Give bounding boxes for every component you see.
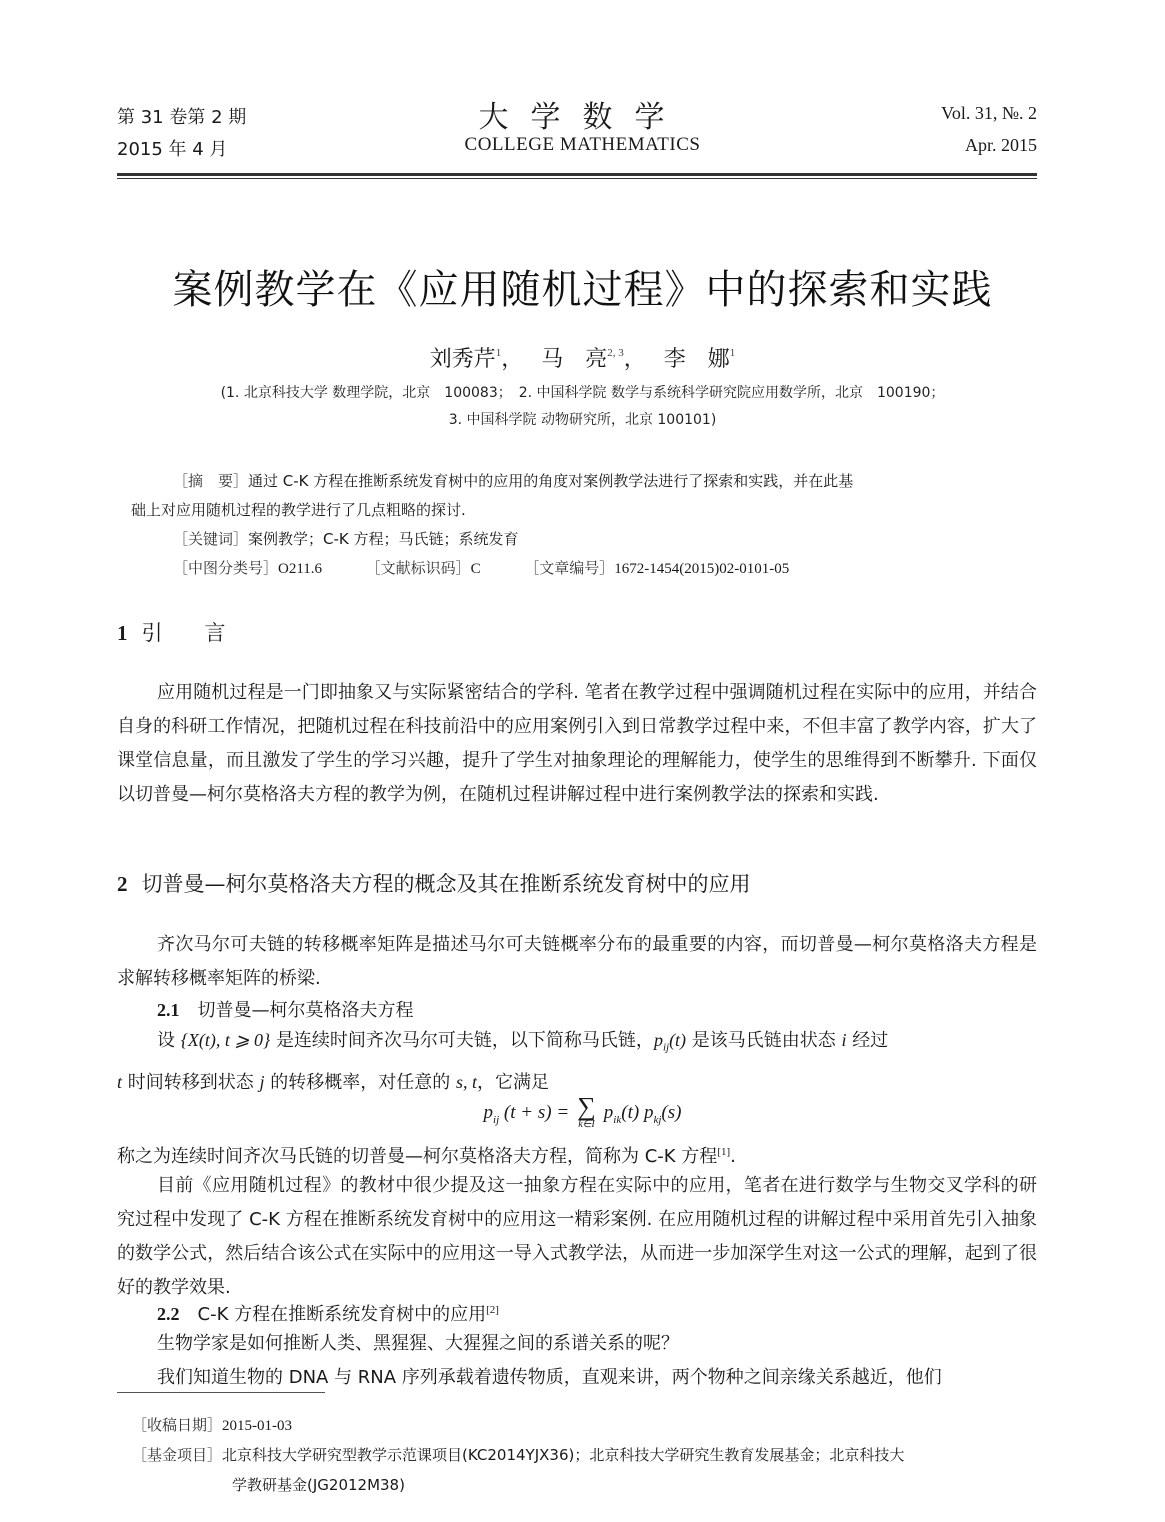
paper-title: 案例教学在《应用随机过程》中的探索和实践: [0, 258, 1165, 315]
article-no-label: ［文章编号］: [524, 561, 614, 577]
clc-code: O211.6: [278, 561, 322, 577]
fund-line-1: ［基金项目］北京科技大学研究型教学示范课项目(KC2014YJX36)；北京科技…: [117, 1444, 1052, 1465]
article-no: 1672-1454(2015)02-0101-05: [614, 561, 789, 577]
paragraph-line: 我们知道生物的 DNA 与 RNA 序列承载着遗传物质，直观来讲，两个物种之间亲…: [117, 1361, 1037, 1395]
keywords-label: ［关键词］: [173, 532, 248, 548]
citation-2[interactable]: [2]: [486, 1304, 499, 1316]
equation-rhs: pik(t) pkj(s): [604, 1102, 682, 1123]
section-2-2-body: 生物学家是如何推断人类、黑猩猩、大猩猩之间的系谱关系的呢？ 我们知道生物的 DN…: [117, 1327, 1037, 1395]
doc-code: C: [471, 561, 481, 577]
author-affiliation-mark: 2, 3: [607, 347, 624, 359]
paragraph: 应用随机过程是一门即抽象又与实际紧密结合的学科. 笔者在教学过程中强调随机过程在…: [117, 676, 1037, 812]
math-pij: pij(t): [654, 1030, 686, 1050]
author-affiliation-mark: 1: [496, 347, 502, 359]
abstract-line-1: ［摘 要］通过 C-K 方程在推断系统发育树中的应用的角度对案例教学法进行了探索…: [117, 470, 1037, 491]
math-set: {X(t), t ⩾ 0}: [181, 1030, 270, 1050]
received-label: ［收稿日期］: [132, 1418, 222, 1434]
subsection-number: 2.1: [157, 1000, 180, 1020]
ck-equation: pij (t + s) = ∑k∈I pik(t) pkj(s): [0, 1094, 1165, 1130]
definition-paragraph: 设 {X(t), t ⩾ 0} 是连续时间齐次马尔可夫链，以下简称马氏链，pij…: [117, 1023, 1037, 1100]
text: 时间转移到状态: [128, 1072, 254, 1093]
section-number: 2: [117, 872, 128, 896]
author-list: 刘秀芹1， 马 亮2, 3， 李 娜1: [0, 342, 1165, 373]
keywords: 案例教学；C-K 方程；马氏链；系统发育: [248, 530, 519, 548]
section-title: 引 言: [142, 621, 226, 645]
subsection-title: 切普曼—柯尔莫格洛夫方程: [198, 1000, 414, 1021]
text: 经过: [852, 1030, 888, 1051]
summation: ∑k∈I: [577, 1094, 596, 1130]
teaching-paragraph: 目前《应用随机过程》的教材中很少提及这一抽象方程在实际中的应用，笔者在进行数学与…: [117, 1169, 1037, 1305]
subsection-2-1-heading: 2.1切普曼—柯尔莫格洛夫方程: [157, 996, 414, 1022]
fund-label: ［基金项目］: [132, 1448, 222, 1464]
fund-text: 北京科技大学研究型教学示范课项目(KC2014YJX36)；北京科技大学研究生教…: [222, 1446, 904, 1464]
paragraph: 目前《应用随机过程》的教材中很少提及这一抽象方程在实际中的应用，笔者在进行数学与…: [117, 1169, 1037, 1305]
received-date: 2015-01-03: [222, 1418, 292, 1434]
subsection-number: 2.2: [157, 1304, 180, 1324]
author-name: 李 娜: [664, 347, 730, 372]
volume-en: Vol. 31, №. 2: [941, 103, 1037, 124]
text: 称之为连续时间齐次马氏链的切普曼—柯尔莫格洛夫方程，简称为 C-K 方程: [117, 1146, 717, 1167]
math-var: s, t: [456, 1072, 477, 1092]
text: 是连续时间齐次马尔可夫链，以下简称马氏链，: [276, 1030, 654, 1051]
paragraph: 齐次马尔可夫链的转移概率矩阵是描述马尔可夫链概率分布的最重要的内容，而切普曼—柯…: [117, 928, 1037, 996]
author-name: 马 亮: [541, 347, 607, 372]
author-name: 刘秀芹: [430, 347, 496, 372]
text: ，它满足: [477, 1072, 549, 1093]
abstract-line-2: 础上对应用随机过程的教学进行了几点粗略的探讨.: [131, 499, 1051, 520]
math-var: t: [117, 1072, 122, 1092]
section-title: 切普曼—柯尔莫格洛夫方程的概念及其在推断系统发育树中的应用: [142, 872, 751, 896]
doc-code-label: ［文献标识码］: [366, 561, 471, 577]
text: 的转移概率，对任意的: [270, 1072, 450, 1093]
footnote-rule: [117, 1392, 325, 1393]
subsection-title: C-K 方程在推断系统发育树中的应用: [198, 1304, 487, 1325]
section-number: 1: [117, 621, 128, 645]
text: 是该马氏链由状态: [692, 1030, 836, 1051]
keywords-line: ［关键词］案例教学；C-K 方程；马氏链；系统发育: [117, 528, 1093, 549]
clc-label: ［中图分类号］: [173, 561, 278, 577]
section-2-intro: 齐次马尔可夫链的转移概率矩阵是描述马尔可夫链概率分布的最重要的内容，而切普曼—柯…: [117, 928, 1037, 996]
text: 设: [157, 1030, 175, 1051]
paragraph-line: 生物学家是如何推断人类、黑猩猩、大猩猩之间的系谱关系的呢？: [117, 1327, 1037, 1361]
math-var: j: [259, 1072, 264, 1092]
abstract-label: ［摘 要］: [173, 474, 248, 490]
section-1-body: 应用随机过程是一门即抽象又与实际紧密结合的学科. 笔者在教学过程中强调随机过程在…: [117, 676, 1037, 812]
math-var: i: [842, 1030, 847, 1050]
citation-1[interactable]: [1]: [717, 1146, 730, 1158]
fund-line-2: 学教研基金(JG2012M38): [232, 1474, 1152, 1495]
classification-line: ［中图分类号］O211.6 ［文献标识码］C ［文章编号］1672-1454(2…: [117, 557, 1093, 578]
equation-lhs: pij (t + s) =: [484, 1102, 570, 1123]
affiliations-line-1: (1. 北京科技大学 数理学院，北京 100083； 2. 中国科学院 数学与系…: [0, 382, 1165, 402]
affiliations-line-2: 3. 中国科学院 动物研究所，北京 100101): [0, 409, 1165, 429]
header-rule-thick: [117, 173, 1037, 176]
subsection-2-2-heading: 2.2C-K 方程在推断系统发育树中的应用[2]: [157, 1300, 499, 1326]
date-en: Apr. 2015: [965, 135, 1037, 156]
header-rule-thin: [117, 178, 1037, 179]
author-affiliation-mark: 1: [730, 347, 736, 359]
abstract-text: 通过 C-K 方程在推断系统发育树中的应用的角度对案例教学法进行了探索和实践，并…: [248, 472, 853, 490]
received-date-line: ［收稿日期］2015-01-03: [117, 1414, 1052, 1435]
section-2-heading: 2切普曼—柯尔莫格洛夫方程的概念及其在推断系统发育树中的应用: [117, 868, 751, 898]
section-1-heading: 1引 言: [117, 617, 226, 647]
paragraph-line: 设 {X(t), t ⩾ 0} 是连续时间齐次马尔可夫链，以下简称马氏链，pij…: [117, 1023, 1037, 1065]
